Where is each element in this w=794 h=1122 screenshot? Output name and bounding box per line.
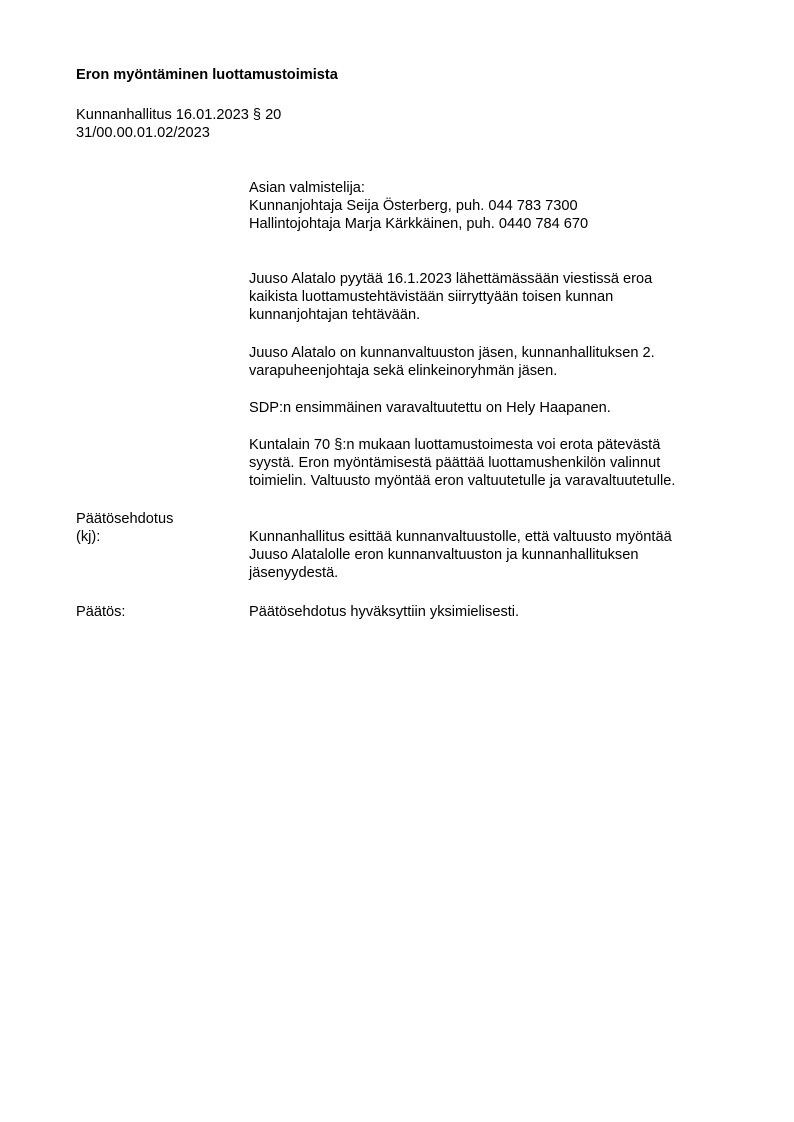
paragraph-line: SDP:n ensimmäinen varavaltuutettu on Hel… [249, 399, 719, 417]
paragraph-positions: Juuso Alatalo on kunnanvaltuuston jäsen,… [249, 344, 719, 380]
paragraph-legal-basis: Kuntalain 70 §:n mukaan luottamustoimest… [249, 436, 719, 490]
decision-line: Päätösehdotus hyväksyttiin yksimielisest… [249, 603, 719, 621]
preparer-line: Kunnanjohtaja Seija Österberg, puh. 044 … [249, 197, 719, 215]
proposal-line: Kunnanhallitus esittää kunnanvaltuustoll… [249, 528, 719, 546]
paragraph-line: varapuheenjohtaja sekä elinkeinoryhmän j… [249, 362, 719, 380]
preparer-block: Asian valmistelija: Kunnanjohtaja Seija … [249, 179, 719, 233]
document-title: Eron myöntäminen luottamustoimista [76, 67, 338, 83]
preparer-line: Hallintojohtaja Marja Kärkkäinen, puh. 0… [249, 215, 719, 233]
proposal-line: jäsenyydestä. [249, 564, 719, 582]
proposal-label: Päätösehdotus [76, 510, 173, 528]
preparer-label: Asian valmistelija: [249, 179, 719, 197]
paragraph-line: Juuso Alatalo on kunnanvaltuuston jäsen,… [249, 344, 719, 362]
paragraph-line: Kuntalain 70 §:n mukaan luottamustoimest… [249, 436, 719, 454]
paragraph-line: kaikista luottamustehtävistään siirrytty… [249, 288, 719, 306]
paragraph-line: syystä. Eron myöntämisestä päättää luott… [249, 454, 719, 472]
record-number: 31/00.00.01.02/2023 [76, 124, 210, 142]
document-page: Eron myöntäminen luottamustoimista Kunna… [0, 0, 794, 1122]
paragraph-line: toimielin. Valtuusto myöntää eron valtuu… [249, 472, 719, 490]
paragraph-resignation-request: Juuso Alatalo pyytää 16.1.2023 lähettämä… [249, 270, 719, 324]
paragraph-line: kunnanjohtajan tehtävään. [249, 306, 719, 324]
meeting-line: Kunnanhallitus 16.01.2023 § 20 [76, 106, 281, 124]
proposal-text: Kunnanhallitus esittää kunnanvaltuustoll… [249, 528, 719, 582]
paragraph-substitute: SDP:n ensimmäinen varavaltuutettu on Hel… [249, 399, 719, 417]
proposal-label-suffix: (kj): [76, 528, 100, 546]
decision-text: Päätösehdotus hyväksyttiin yksimielisest… [249, 603, 719, 621]
paragraph-line: Juuso Alatalo pyytää 16.1.2023 lähettämä… [249, 270, 719, 288]
proposal-line: Juuso Alatalolle eron kunnanvaltuuston j… [249, 546, 719, 564]
decision-label: Päätös: [76, 603, 126, 621]
